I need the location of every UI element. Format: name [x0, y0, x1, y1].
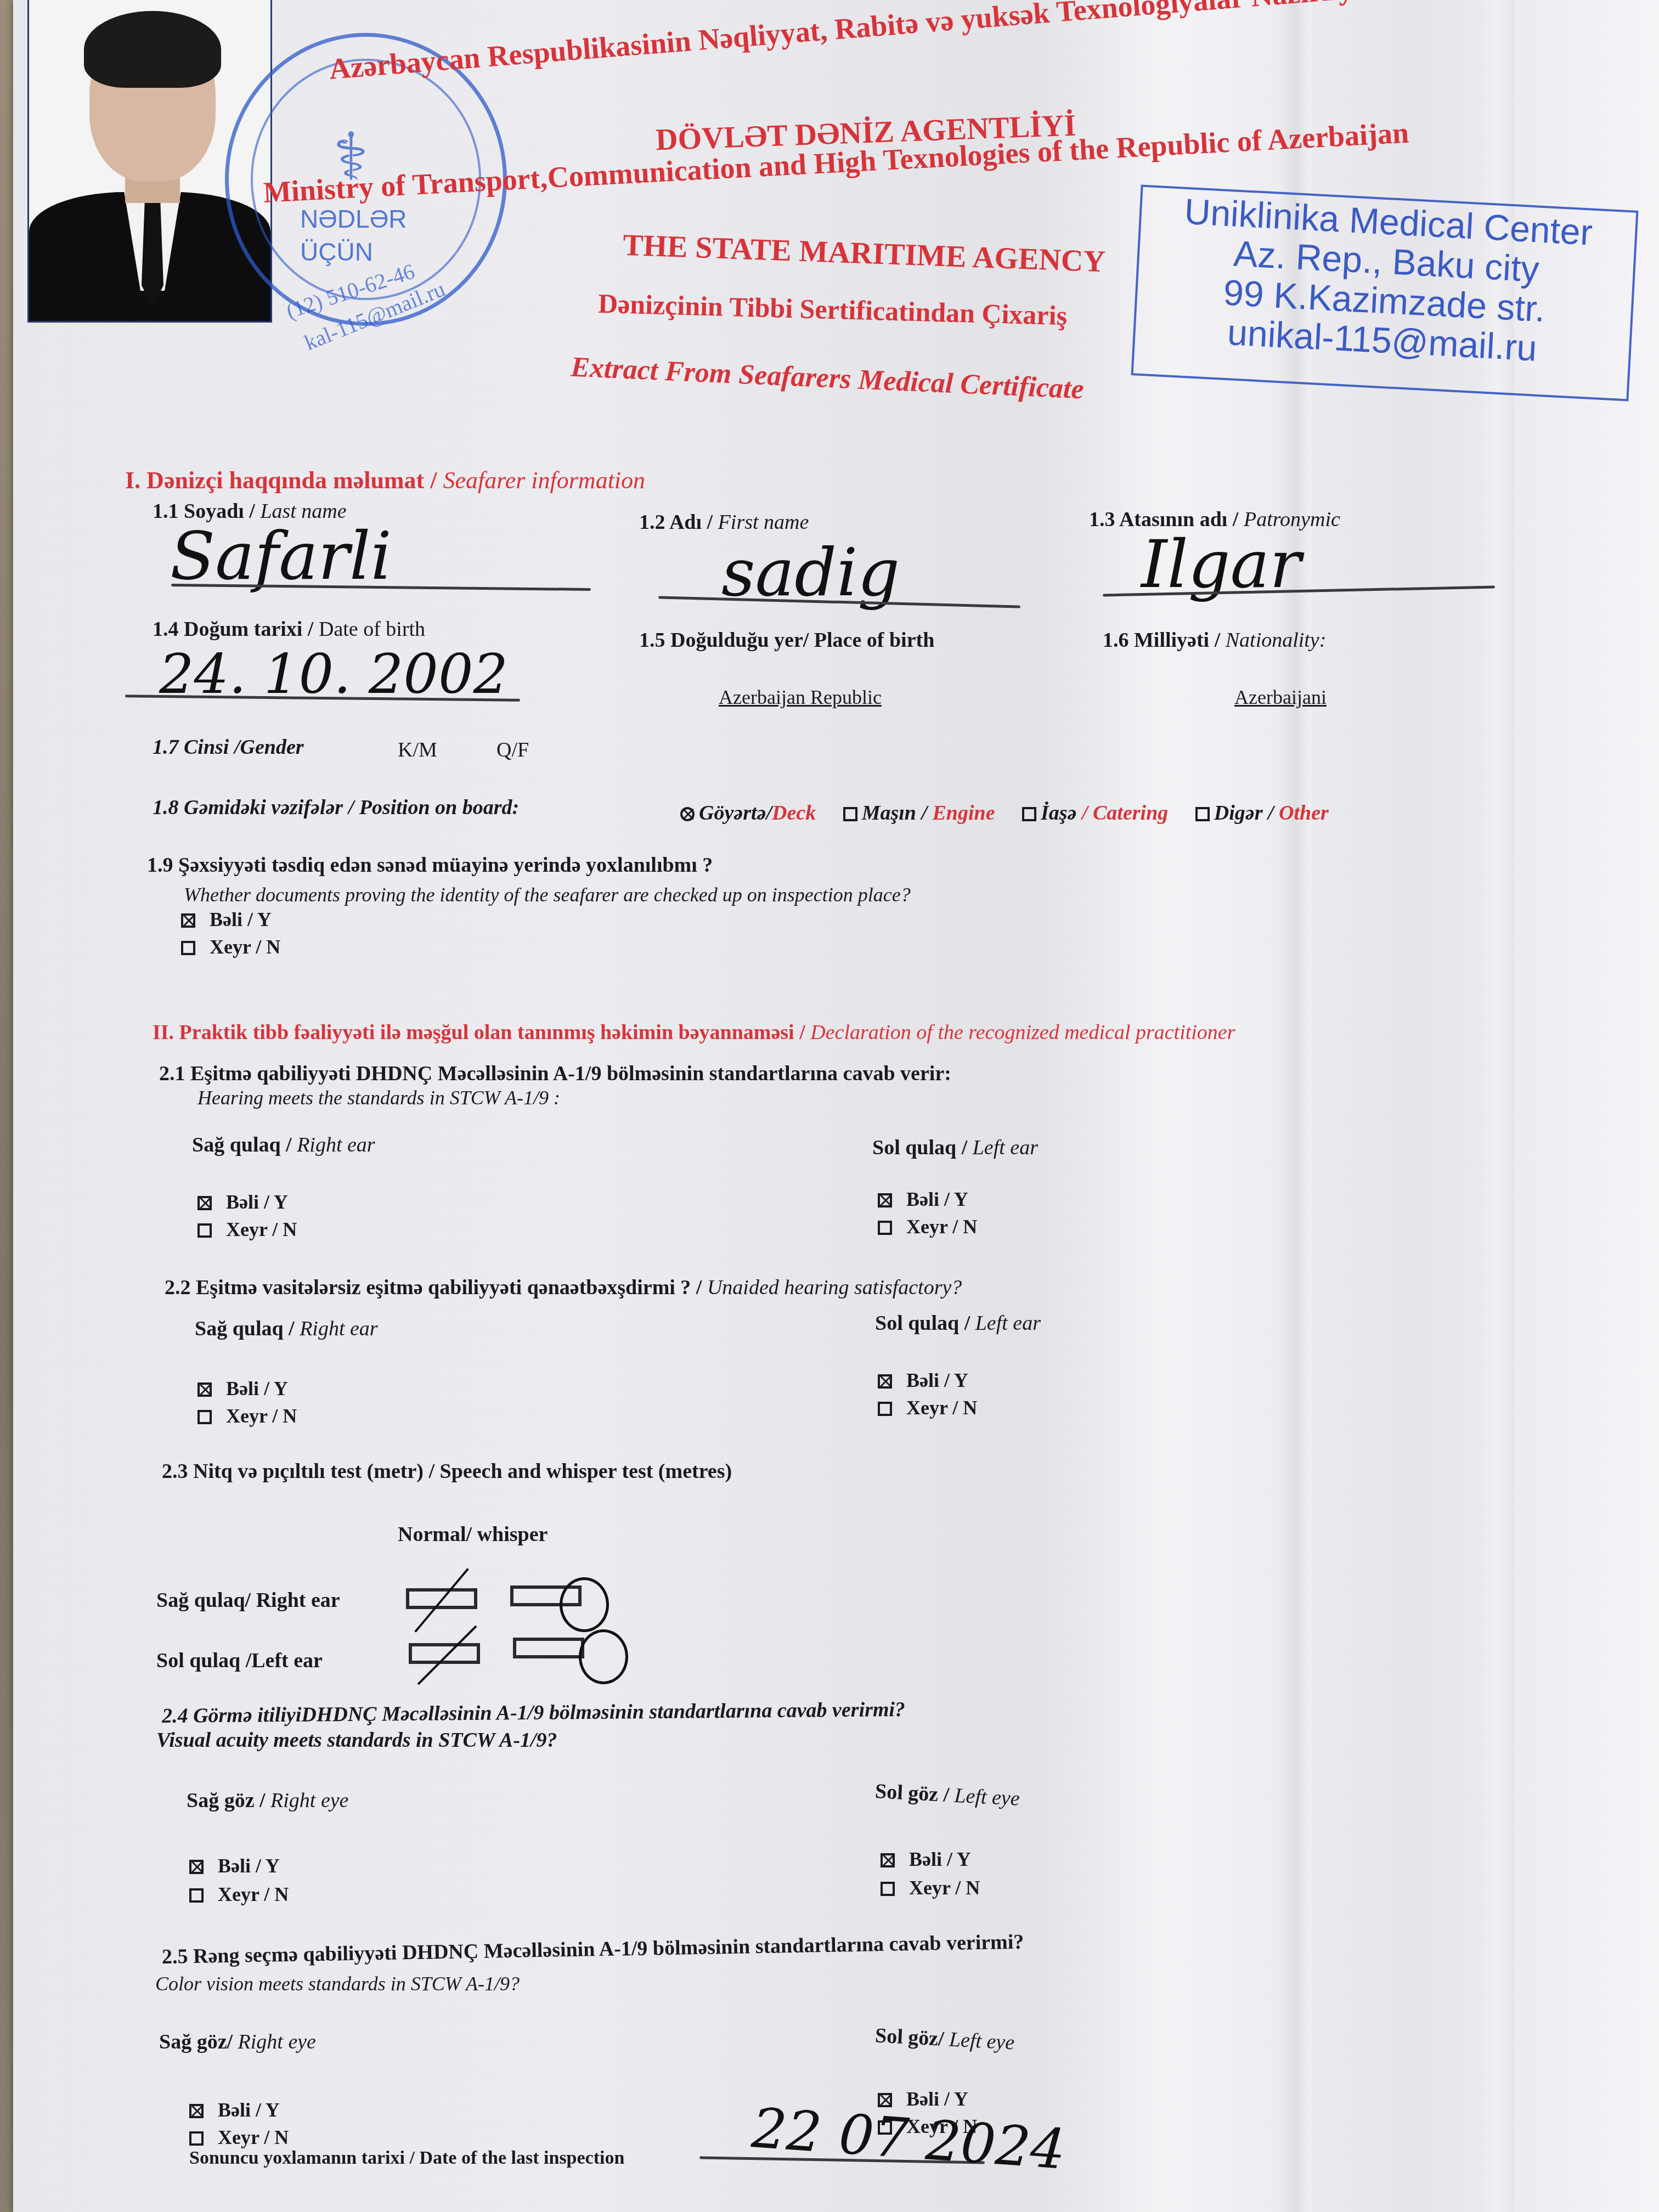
position-other[interactable]: Digər / Other — [1195, 802, 1329, 825]
label-az: 1.4 Doğum tarixi / — [153, 618, 319, 641]
identity-question-az: 1.9 Şəxsiyyəti təsdiq edən sənəd müayinə… — [147, 853, 713, 877]
q21-left-no[interactable]: Xeyr / N — [878, 1215, 977, 1238]
option-en: / Catering — [1082, 802, 1168, 825]
checkbox-checked[interactable] — [198, 1196, 212, 1210]
q24-right-yes[interactable]: Bəli / Y — [189, 1854, 280, 1877]
q21-left-yes[interactable]: Bəli / Y — [878, 1188, 968, 1211]
checkbox-checked[interactable] — [198, 1383, 212, 1397]
section-1-title: I. Dənizçi haqqında məlumat / Seafarer i… — [125, 466, 645, 494]
checkbox[interactable] — [1022, 807, 1036, 821]
last-inspection-label: Sonuncu yoxlamanın tarixi / Date of the … — [189, 2148, 624, 2169]
option-label: Xeyr / N — [906, 1216, 977, 1238]
checkbox-checked[interactable] — [181, 913, 195, 928]
pob-value[interactable]: Azerbaijan Republic — [719, 686, 882, 709]
q22-title: 2.2 Eşitmə vasitələrsiz eşitmə qabiliyyə… — [165, 1276, 962, 1300]
q22-left-no[interactable]: Xeyr / N — [878, 1396, 977, 1419]
checkbox[interactable] — [189, 1888, 204, 1903]
label-az: Sağ qulaq / — [192, 1133, 297, 1156]
label-az: Sağ göz/ — [159, 2030, 238, 2053]
option-az: Digər / — [1214, 802, 1279, 825]
checkbox-checked[interactable] — [189, 1860, 204, 1874]
checkbox[interactable] — [1195, 807, 1210, 821]
option-label: Bəli / Y — [218, 2099, 280, 2121]
position-label: 1.8 Gəmidəki vəzifələr / Position on boa… — [153, 795, 519, 820]
label-az: 1.2 Adı / — [639, 511, 718, 534]
option-label: Xeyr / N — [909, 1877, 980, 1899]
label-en: Right eye — [270, 1789, 348, 1812]
option-label: Xeyr / N — [226, 1405, 297, 1427]
q22-az: 2.2 Eşitmə vasitələrsiz eşitmə qabiliyyə… — [165, 1276, 707, 1299]
q22-right-yes[interactable]: Bəli / Y — [198, 1377, 288, 1400]
label-en: Nationality: — [1226, 629, 1327, 652]
checkbox[interactable] — [881, 1882, 895, 1896]
gender-option-male[interactable]: K/M — [398, 738, 437, 762]
label-en: Right ear — [300, 1317, 377, 1340]
dob-label: 1.4 Doğum tarixi / Date of birth — [153, 617, 425, 641]
checkbox[interactable] — [198, 1410, 212, 1424]
last-name-value[interactable]: Safarli — [170, 518, 392, 595]
label-az: Sol göz / — [874, 1780, 955, 1807]
nationality-label: 1.6 Milliyəti / Nationality: — [1103, 628, 1326, 652]
checkbox[interactable] — [878, 1221, 892, 1235]
q22-right-label: Sağ qulaq / Right ear — [195, 1317, 378, 1341]
q24-en: Visual acuity meets standards in STCW A-… — [156, 1728, 557, 1752]
q22-right-no[interactable]: Xeyr / N — [198, 1404, 297, 1427]
option-label: Xeyr / N — [218, 2126, 289, 2148]
q24-left-no[interactable]: Xeyr / N — [881, 1876, 980, 1899]
option-label: Bəli / Y — [210, 909, 272, 930]
option-label: Xeyr / N — [906, 1397, 977, 1419]
option-en: Other — [1279, 802, 1329, 825]
q25-right-yes[interactable]: Bəli / Y — [189, 2098, 280, 2121]
checkbox-checked[interactable] — [878, 1193, 892, 1207]
q21-right-no[interactable]: Xeyr / N — [198, 1218, 297, 1241]
checkbox-checked[interactable] — [881, 1853, 895, 1867]
identity-no[interactable]: Xeyr / N — [181, 935, 280, 958]
section-2-title-az: II. Praktik tibb fəaliyyəti ilə məşğul o… — [153, 1021, 810, 1044]
option-label: Bəli / Y — [909, 1848, 971, 1870]
position-options: Göyərtə/Deck Maşın / Engine İaşə / Cater… — [680, 801, 1329, 825]
q24-right-label: Sağ göz / Right eye — [187, 1788, 349, 1813]
q25-en: Color vision meets standards in STCW A-1… — [155, 1972, 520, 1995]
clinic-address-stamp: Uniklinika Medical Center Az. Rep., Baku… — [1131, 184, 1639, 401]
label-az: 1.6 Milliyəti / — [1103, 629, 1226, 652]
option-label: Bəli / Y — [906, 1369, 968, 1391]
section-2-title: II. Praktik tibb fəaliyyəti ilə məşğul o… — [153, 1020, 1235, 1045]
label-az: Sağ göz / — [187, 1789, 270, 1812]
stamp-text: ÜÇÜN — [300, 237, 373, 267]
q24-left-yes[interactable]: Bəli / Y — [881, 1848, 971, 1871]
q23-right-label: Sağ qulaq/ Right ear — [156, 1588, 340, 1612]
checkbox[interactable] — [843, 807, 857, 821]
identity-question-en: Whether documents proving the identity o… — [184, 883, 911, 906]
stamp-text: NƏDLƏR — [300, 204, 407, 234]
q23-left-label: Sol qulaq /Left ear — [156, 1649, 323, 1673]
position-engine[interactable]: Maşın / Engine — [843, 802, 995, 825]
q21-right-label: Sağ qulaq / Right ear — [192, 1133, 375, 1157]
checkbox[interactable] — [198, 1223, 212, 1238]
position-catering[interactable]: İaşə / Catering — [1022, 802, 1168, 825]
q22-en: Unaided hearing satisfactory? — [707, 1276, 962, 1299]
option-az: İaşə — [1041, 802, 1082, 825]
label-az: Sağ qulaq / — [195, 1317, 300, 1340]
pob-label: 1.5 Doğulduğu yer/ Place of birth — [639, 628, 934, 652]
option-label: Bəli / Y — [226, 1378, 288, 1400]
checkbox[interactable] — [181, 941, 195, 955]
section-1-title-az: I. Dənizçi haqqında məlumat / — [125, 467, 443, 494]
option-label: Bəli / Y — [906, 1188, 968, 1210]
option-label: Xeyr / N — [226, 1218, 297, 1240]
q21-right-yes[interactable]: Bəli / Y — [198, 1190, 288, 1214]
label-az: Sol qulaq / — [875, 1312, 975, 1335]
option-en: Deck — [772, 802, 816, 825]
checkbox-checked[interactable] — [189, 2104, 204, 2118]
q21-left-label: Sol qulaq / Left ear — [872, 1136, 1038, 1160]
label-az: Sol qulaq / — [872, 1136, 973, 1159]
section-2-title-en: Declaration of the recognized medical pr… — [810, 1021, 1235, 1044]
label-en: Right eye — [238, 2030, 316, 2053]
label-en: Date of birth — [319, 618, 425, 641]
option-label: Xeyr / N — [210, 936, 280, 958]
checkbox-checked[interactable] — [680, 807, 695, 821]
q21-en: Hearing meets the standards in STCW A-1/… — [198, 1086, 560, 1109]
q23-column-header: Normal/ whisper — [398, 1522, 548, 1547]
option-label: Bəli / Y — [218, 1855, 280, 1877]
gender-label: 1.7 Cinsi /Gender — [153, 735, 304, 759]
identity-yes[interactable]: Bəli / Y — [181, 908, 272, 931]
nationality-value[interactable]: Azerbaijani — [1234, 686, 1327, 709]
option-label: Bəli / Y — [226, 1191, 288, 1213]
checkbox[interactable] — [189, 2131, 204, 2146]
label-en: Left eye — [954, 1784, 1020, 1810]
label-en: Left ear — [975, 1312, 1041, 1335]
q25-right-no[interactable]: Xeyr / N — [189, 2126, 289, 2149]
position-deck[interactable]: Göyərtə/Deck — [680, 802, 816, 825]
checkbox[interactable] — [878, 1402, 892, 1416]
label-en: Left eye — [949, 2028, 1015, 2054]
label-az: Sol göz/ — [874, 2024, 950, 2051]
label-en: First name — [718, 511, 809, 534]
first-name-label: 1.2 Adı / First name — [639, 510, 809, 534]
q22-left-yes[interactable]: Bəli / Y — [878, 1369, 968, 1392]
checkbox-checked[interactable] — [878, 1374, 892, 1389]
label-en: Left ear — [973, 1136, 1038, 1159]
option-label: Xeyr / N — [218, 1883, 289, 1905]
q24-right-no[interactable]: Xeyr / N — [189, 1883, 289, 1906]
gender-option-female[interactable]: Q/F — [496, 738, 529, 762]
q22-left-label: Sol qulaq / Left ear — [875, 1311, 1041, 1335]
option-az: Maşın / — [862, 802, 933, 825]
q25-right-label: Sağ göz/ Right eye — [159, 2030, 316, 2054]
q23-title: 2.3 Nitq və pıçıltılı test (metr) / Spee… — [162, 1459, 732, 1483]
option-az: Göyərtə/ — [699, 802, 772, 825]
label-en: Right ear — [297, 1133, 375, 1156]
q21-az: 2.1 Eşitmə qabiliyyəti DHDNÇ Məcəlləsini… — [159, 1062, 951, 1086]
section-1-title-en: Seafarer information — [443, 467, 645, 494]
option-en: Engine — [932, 802, 995, 825]
